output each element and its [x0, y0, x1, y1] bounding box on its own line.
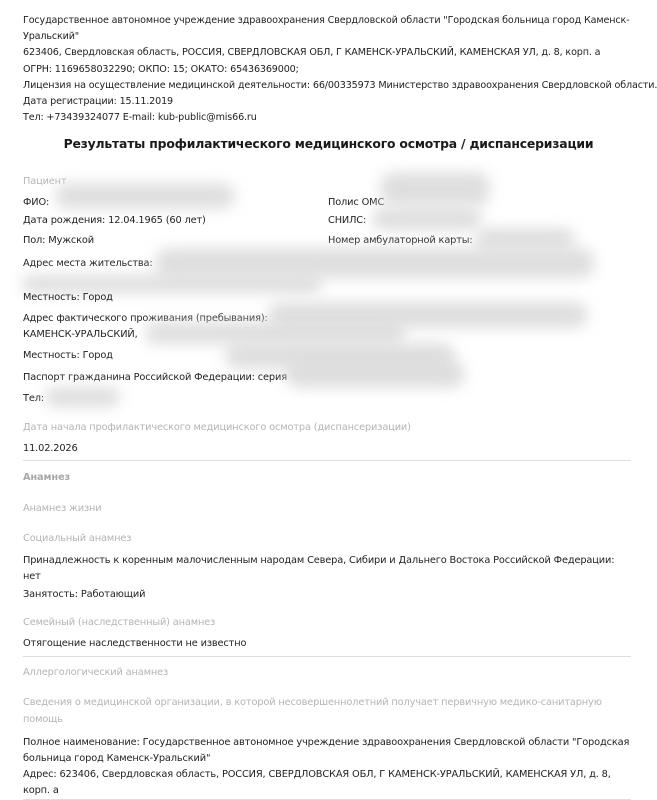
anamnesis-indigenous-line1: Принадлежность к коренным малочисленным …: [23, 555, 614, 566]
patient-locality-1: Местность: Город: [23, 292, 113, 303]
document-title: Результаты профилактического медицинског…: [0, 136, 657, 151]
org-registration-date: Дата регистрации: 15.11.2019: [23, 94, 623, 110]
patient-actual-address-city: КАМЕНСК-УРАЛЬСКИЙ,: [23, 329, 138, 340]
document-page: Государственное автономное учреждение зд…: [0, 0, 657, 800]
redacted-snils: [372, 208, 482, 230]
exam-start-label: Дата начала профилактического медицинско…: [23, 422, 411, 433]
patient-phone-label: Тел:: [23, 393, 44, 404]
medical-org-full-name-line1: Полное наименование: Государственное авт…: [23, 737, 629, 748]
medical-org-label-line2: помощь: [23, 714, 63, 725]
redacted-fio: [55, 183, 235, 209]
anamnesis-allergy-label: Аллергологический анамнез: [23, 667, 168, 678]
anamnesis-life-label: Анамнез жизни: [23, 503, 101, 514]
divider: [23, 656, 631, 657]
org-codes: ОГРН: 1169658032290; ОКПО: 15; ОКАТО: 65…: [23, 62, 623, 78]
redacted-passport: [285, 360, 465, 388]
patient-card-number-label: Номер амбулаторной карты:: [328, 235, 473, 246]
org-name-line1: Государственное автономное учреждение зд…: [23, 13, 623, 29]
org-name-line2: Уральский": [23, 29, 623, 45]
org-contacts: Тел: +73439324077 E-mail: kub-public@mis…: [23, 110, 623, 126]
redacted-oms: [380, 172, 490, 206]
divider: [23, 460, 631, 461]
patient-oms-label: Полис ОМС: [328, 197, 384, 208]
patient-snils-label: СНИЛС:: [328, 215, 366, 226]
patient-fio-label: ФИО:: [23, 197, 49, 208]
redacted-residence-address-line2: [22, 275, 322, 293]
anamnesis-employment: Занятость: Работающий: [23, 589, 145, 600]
anamnesis-indigenous-line2: нет: [23, 571, 41, 582]
patient-passport-label: Паспорт гражданина Российской Федерации:…: [23, 372, 287, 383]
anamnesis-family-value: Отягощение наследственности не известно: [23, 638, 246, 649]
org-license: Лицензия на осуществление медицинской де…: [23, 78, 623, 94]
redacted-phone: [45, 387, 120, 407]
exam-start-value: 11.02.2026: [23, 443, 78, 454]
medical-org-address-line2: корп. а: [23, 785, 59, 796]
patient-birth-date: Дата рождения: 12.04.1965 (60 лет): [23, 215, 206, 226]
redacted-card-number: [475, 228, 575, 250]
medical-org-address-line1: Адрес: 623406, Свердловская область, РОС…: [23, 769, 611, 780]
organization-header: Государственное автономное учреждение зд…: [23, 13, 623, 126]
anamnesis-family-label: Семейный (наследственный) анамнез: [23, 617, 215, 628]
medical-org-full-name-line2: больница город Каменск-Уральский": [23, 753, 210, 764]
anamnesis-social-label: Социальный анамнез: [23, 533, 131, 544]
anamnesis-heading: Анамнез: [23, 472, 70, 483]
patient-locality-2: Местность: Город: [23, 350, 113, 361]
patient-residence-address-label: Адрес места жительства:: [23, 258, 153, 269]
redacted-actual-address-line2: [145, 322, 405, 344]
patient-sex: Пол: Мужской: [23, 235, 94, 246]
redacted-residence-address: [155, 248, 595, 278]
medical-org-label-line1: Сведения о медицинской организации, в ко…: [23, 697, 602, 708]
org-address: 623406, Свердловская область, РОССИЯ, СВ…: [23, 45, 623, 61]
